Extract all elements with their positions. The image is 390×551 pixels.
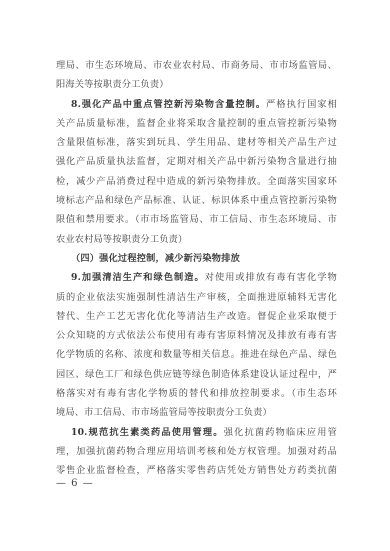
text-segment: 关产品质量标准，监督企业将采取含量控制的重点管控新污染物	[56, 118, 337, 129]
text-segment: 化学物质的名称、浓度和数量等相关信息。推进在绿色产品、绿色	[56, 349, 337, 360]
text-segment: 含量限值标准，落实到玩具、学生用品、建材等相关产品生产过程。	[56, 137, 337, 152]
text-line: 9.加强清洁生产和绿色制造。对使用或排放有毒有害化学物	[56, 268, 337, 287]
text-segment: 强化产品质量执法监督，定期对相关产品中新污染物含量进行抽	[56, 156, 337, 167]
text-line: 强化产品质量执法监督，定期对相关产品中新污染物含量进行抽	[56, 152, 337, 171]
text-segment: 8.强化产品中重点管控新污染物含量控制。	[71, 99, 266, 110]
text-segment: 园区、绿色工厂和绿色供应链等绿色制造体系建设认证过程中，严	[56, 369, 337, 380]
text-line: 公众知晓的方式依法公布使用有毒有害原料情况及排放有毒有害	[56, 326, 337, 345]
text-line: 检，减少产品消费过程中造成的新污染物排放。全面落实国家环	[56, 172, 337, 191]
text-segment: （四）强化过程控制，减少新污染物排放	[71, 253, 240, 264]
text-line: 8.强化产品中重点管控新污染物含量控制。严格执行国家相	[56, 95, 337, 114]
text-segment: 限值和禁用要求。（市市场监管局、市工信局、市生态环境局、市	[56, 214, 337, 225]
text-segment: 格落实对有毒有害化学物质的替代和排放控制要求。（市生态环	[56, 388, 337, 399]
text-line: 限值和禁用要求。（市市场监管局、市工信局、市生态环境局、市	[56, 210, 337, 229]
text-line: 关产品质量标准，监督企业将采取含量控制的重点管控新污染物	[56, 114, 337, 133]
document-page: 理局、市生态环境局、市农业农村局、市商务局、市市场监管局、晋阳海关等按职责分工负…	[0, 0, 390, 551]
text-line: 含量限值标准，落实到玩具、学生用品、建材等相关产品生产过程。	[56, 133, 337, 152]
text-segment: 境局、市工信局、市市场监管局等按职责分工负责）	[56, 407, 272, 418]
text-segment: 理局、市生态环境局、市农业农村局、市商务局、市市场监管局、晋	[56, 60, 337, 75]
text-line: 境局、市工信局、市市场监管局等按职责分工负责）	[56, 403, 337, 422]
text-segment: 质的企业依法实施强制性清洁生产审核，全面推进原辅料无害化	[56, 292, 337, 303]
text-segment: 10.规范抗生素类药品使用管理。	[71, 427, 224, 438]
page-number: — 6 —	[56, 477, 94, 490]
text-segment: 公众知晓的方式依法公布使用有毒有害原料情况及排放有毒有害	[56, 330, 337, 341]
text-line: 零售企业监督检查，严格落实零售药店凭处方销售处方药类抗菌	[56, 461, 337, 480]
text-line: 境标志产品和绿色产品标准、认证、标识体系中重点管控新污染物	[56, 191, 337, 210]
text-line: 理，加强抗菌药物合理应用培训考核和处方权管理。加强对药品	[56, 442, 337, 461]
text-segment: 阳海关等按职责分工负责）	[56, 79, 169, 90]
text-segment: 理，加强抗菌药物合理应用培训考核和处方权管理。加强对药品	[56, 446, 337, 457]
section-heading: （四）强化过程控制，减少新污染物排放	[56, 249, 337, 268]
text-segment: 零售企业监督检查，严格落实零售药店凭处方销售处方药类抗菌	[56, 465, 337, 476]
text-line: 理局、市生态环境局、市农业农村局、市商务局、市市场监管局、晋	[56, 56, 337, 75]
text-line: 农业农村局等按职责分工负责）	[56, 230, 337, 249]
text-line: 质的企业依法实施强制性清洁生产审核，全面推进原辅料无害化	[56, 288, 337, 307]
text-segment: 检，减少产品消费过程中造成的新污染物排放。全面落实国家环	[56, 176, 337, 187]
text-line: 替代、生产工艺无害化优化等清洁生产改造。督促企业采取便于	[56, 307, 337, 326]
text-segment: 9.加强清洁生产和绿色制造。	[71, 272, 205, 283]
text-segment: 强化抗菌药物临床应用管	[224, 427, 337, 438]
text-segment: 对使用或排放有毒有害化学物	[205, 272, 337, 283]
text-line: 阳海关等按职责分工负责）	[56, 75, 337, 94]
text-line: 10.规范抗生素类药品使用管理。强化抗菌药物临床应用管	[56, 423, 337, 442]
text-segment: 境标志产品和绿色产品标准、认证、标识体系中重点管控新污染物	[56, 195, 337, 206]
text-segment: 农业农村局等按职责分工负责）	[56, 234, 187, 245]
text-segment: 严格执行国家相	[266, 99, 337, 110]
text-line: 园区、绿色工厂和绿色供应链等绿色制造体系建设认证过程中，严	[56, 365, 337, 384]
text-line: 化学物质的名称、浓度和数量等相关信息。推进在绿色产品、绿色	[56, 345, 337, 364]
text-segment: 替代、生产工艺无害化优化等清洁生产改造。督促企业采取便于	[56, 311, 337, 322]
text-line: 格落实对有毒有害化学物质的替代和排放控制要求。（市生态环	[56, 384, 337, 403]
document-body: 理局、市生态环境局、市农业农村局、市商务局、市市场监管局、晋阳海关等按职责分工负…	[56, 56, 337, 481]
